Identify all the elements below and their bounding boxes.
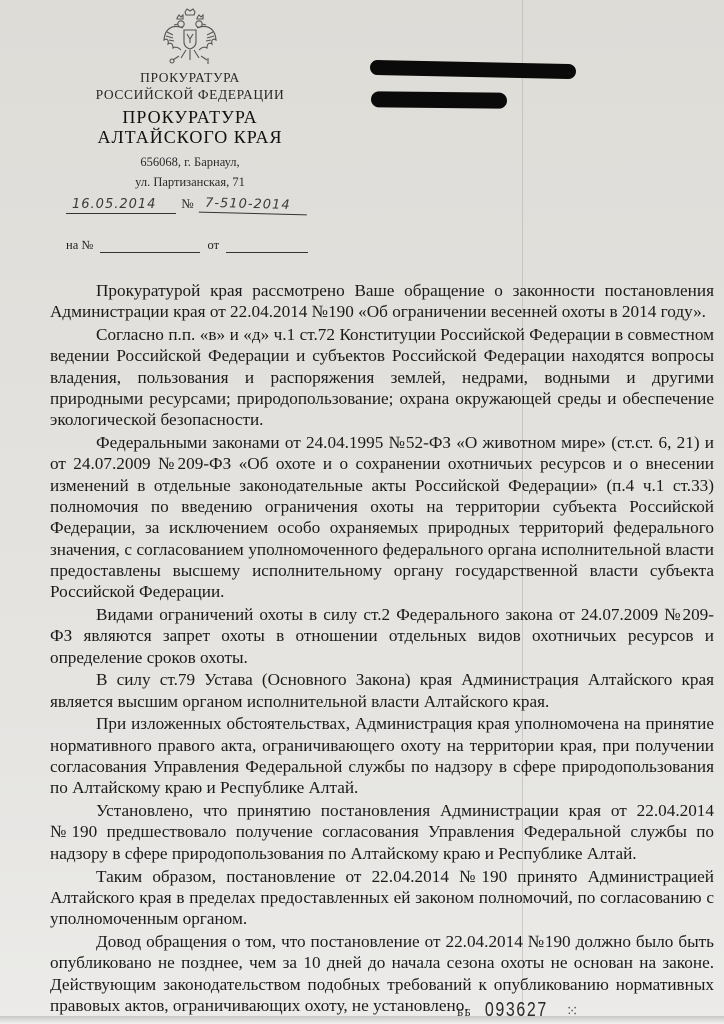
parent-org-line-1: ПРОКУРАТУРА (60, 69, 320, 86)
page-bottom-edge (0, 1016, 724, 1024)
body-paragraph: Таким образом, постановление от 22.04.20… (50, 866, 714, 930)
redacted-addressee-line-2 (371, 91, 507, 108)
address-line-2: ул. Партизанская, 71 (60, 172, 320, 192)
registration-number: 7-510-2014 (199, 196, 307, 216)
reference-number-blank (100, 252, 200, 253)
body-paragraph: При изложенных обстоятельствах, Админист… (50, 713, 714, 798)
body-paragraph: Видами ограничений охоты в силу ст.2 Фед… (50, 604, 714, 668)
body-paragraph: Прокуратурой края рассмотрено Ваше обращ… (50, 280, 714, 323)
registration-number-label: № (181, 196, 193, 211)
body-paragraph: Довод обращения о том, что постановление… (50, 931, 714, 1016)
letterhead: ПРОКУРАТУРА РОССИЙСКОЙ ФЕДЕРАЦИИ ПРОКУРА… (60, 6, 320, 192)
body-paragraph: В силу ст.79 Устава (Основного Закона) к… (50, 669, 714, 712)
org-name: ПРОКУРАТУРА АЛТАЙСКОГО КРАЯ (60, 107, 320, 147)
org-line-1: ПРОКУРАТУРА (60, 107, 320, 127)
document-page: ПРОКУРАТУРА РОССИЙСКОЙ ФЕДЕРАЦИИ ПРОКУРА… (0, 0, 724, 1024)
body-paragraph: Установлено, что принятию постановления … (50, 800, 714, 864)
body-paragraph: Согласно п.п. «в» и «д» ч.1 ст.72 Консти… (50, 324, 714, 430)
reference-number-label: на № (66, 238, 93, 252)
reference-date-label: от (208, 238, 220, 252)
letter-body: Прокуратурой края рассмотрено Ваше обращ… (50, 280, 714, 1018)
double-headed-eagle-emblem-icon (159, 6, 221, 66)
reference-row: на № от (66, 238, 308, 253)
redacted-addressee-line-1 (370, 60, 576, 79)
parent-org-name: ПРОКУРАТУРА РОССИЙСКОЙ ФЕДЕРАЦИИ (60, 69, 320, 103)
registration-row: 16.05.2014 № 7-510-2014 (66, 196, 307, 214)
parent-org-line-2: РОССИЙСКОЙ ФЕДЕРАЦИИ (60, 86, 320, 103)
org-address: 656068, г. Барнаул, ул. Партизанская, 71 (60, 152, 320, 192)
address-line-1: 656068, г. Барнаул, (60, 152, 320, 172)
org-line-2: АЛТАЙСКОГО КРАЯ (60, 127, 320, 147)
registration-date: 16.05.2014 (66, 197, 176, 214)
reference-date-blank (226, 252, 308, 253)
body-paragraph: Федеральными законами от 24.04.1995 №52-… (50, 432, 714, 602)
